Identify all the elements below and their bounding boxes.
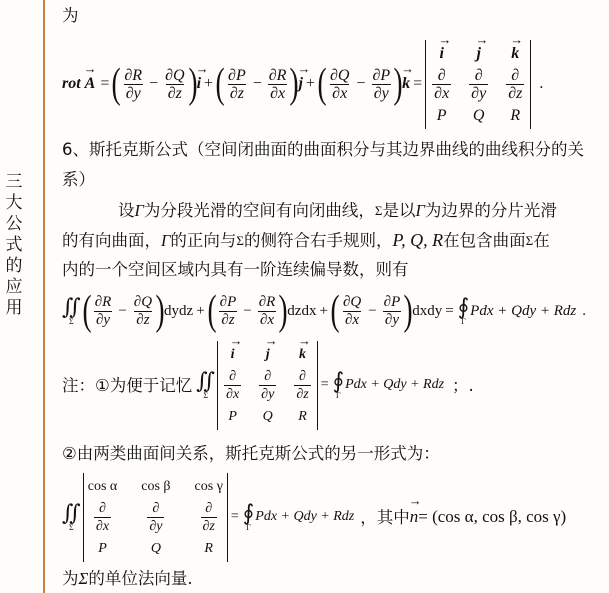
frac-num: ∂R bbox=[122, 67, 144, 84]
note-1-determinant: i j k ∂∂x ∂∂y ∂∂z P Q R bbox=[217, 341, 318, 430]
text: 设 bbox=[118, 195, 135, 226]
det-cell: j bbox=[476, 40, 480, 67]
curl-determinant: i j k ∂∂x ∂∂y ∂∂z P Q R bbox=[425, 40, 531, 129]
sidebar-title-char: 式 bbox=[4, 235, 24, 256]
differential: dydz bbox=[164, 303, 193, 320]
sidebar-title: 三 大 公 式 的 应 用 bbox=[4, 172, 24, 319]
frac-num: ∂Q bbox=[163, 67, 186, 84]
pqr-symbols: P, Q, R bbox=[392, 225, 443, 256]
sidebar-title-char: 三 bbox=[4, 172, 24, 193]
section-heading: 6、斯托克斯公式（空间闭曲面的曲面积分与其边界曲线的曲线积分的关 bbox=[62, 134, 584, 165]
frac-den: ∂z bbox=[166, 84, 184, 102]
rhs-expression: Pdx + Qdy + Rdz bbox=[255, 509, 354, 525]
text: 的有向曲面， bbox=[62, 225, 161, 256]
sigma-symbol: Σ bbox=[526, 225, 534, 256]
sidebar-title-char: 大 bbox=[4, 193, 24, 214]
text: 是以 bbox=[382, 195, 415, 226]
double-integral-icon: ∬Σ bbox=[62, 502, 81, 532]
period: . bbox=[582, 303, 586, 320]
det-cell: i bbox=[439, 40, 443, 67]
det-cell: R bbox=[510, 102, 520, 129]
frac-num: ∂P bbox=[226, 67, 248, 84]
sidebar-rule bbox=[43, 0, 45, 593]
gamma-symbol: Γ bbox=[415, 195, 424, 226]
rhs-expression: Pdx + Qdy + Rdz bbox=[470, 303, 576, 320]
frac-den: ∂x bbox=[268, 84, 287, 102]
frac-num: ∂R bbox=[267, 67, 289, 84]
sidebar-title-char: 公 bbox=[4, 214, 24, 235]
gamma-symbol: Γ bbox=[161, 225, 170, 256]
det-cell: k bbox=[511, 40, 519, 67]
text: 的侧符合右手规则， bbox=[244, 225, 393, 256]
note-2: ②由两类曲面间关系，斯托克斯公式的另一形式为： bbox=[62, 438, 440, 469]
gamma-symbol: Γ bbox=[135, 195, 144, 226]
section-heading-cont: 系） bbox=[62, 164, 95, 195]
contour-integral-icon: ∮Γ bbox=[243, 502, 254, 532]
intro-text: 为 bbox=[62, 0, 79, 31]
frac-den: ∂z bbox=[228, 84, 246, 102]
frac-den: ∂y bbox=[372, 84, 391, 102]
text: 为边界的分片光滑 bbox=[425, 195, 557, 226]
text: 在包含曲面 bbox=[443, 225, 526, 256]
text: 为分段光滑的空间有向闭曲线， bbox=[144, 195, 375, 226]
frac-num: ∂Q bbox=[328, 67, 351, 84]
unit-vector-i: i bbox=[197, 75, 201, 93]
text: 的单位法向量. bbox=[88, 563, 192, 593]
sigma-symbol: Σ bbox=[79, 563, 89, 593]
period: . bbox=[539, 75, 543, 93]
sidebar-title-char: 的 bbox=[4, 256, 24, 277]
paragraph-line-1: 设 Γ 为分段光滑的空间有向闭曲线， Σ 是以 Γ 为边界的分片光滑 bbox=[118, 195, 557, 226]
rhs-expression: Pdx + Qdy + Rdz bbox=[345, 377, 444, 393]
sigma-symbol: Σ bbox=[236, 225, 244, 256]
det-cell: P bbox=[437, 102, 447, 129]
sidebar-title-char: 应 bbox=[4, 277, 24, 298]
unit-vector-j: j bbox=[298, 75, 302, 93]
double-integral-icon: ∬Σ bbox=[196, 370, 215, 400]
note-2-mid: ，其中 bbox=[360, 502, 410, 533]
note-2-determinant: cos α cos β cos γ ∂∂x ∂∂y ∂∂z P Q R bbox=[83, 473, 228, 562]
text: 的正向与 bbox=[170, 225, 236, 256]
contour-integral-icon: ∮Γ bbox=[458, 296, 469, 326]
heading-line-2: 系） bbox=[62, 164, 95, 195]
sidebar-title-char: 用 bbox=[4, 298, 24, 319]
double-integral-icon: ∬Σ bbox=[62, 296, 81, 326]
unit-vector-k: k bbox=[402, 75, 410, 93]
note-2-formula: ∬Σ cos α cos β cos γ ∂∂x ∂∂y ∂∂z P Q R =… bbox=[62, 472, 566, 562]
heading-line-1: 6、斯托克斯公式（空间闭曲面的曲面积分与其边界曲线的曲线积分的关 bbox=[62, 134, 584, 165]
contour-integral-icon: ∮Γ bbox=[333, 370, 344, 400]
differential: dxdy bbox=[412, 303, 442, 320]
sigma-symbol: Σ bbox=[375, 195, 383, 226]
det-cell: Q bbox=[473, 102, 485, 129]
frac-den: ∂y bbox=[124, 84, 143, 102]
frac-den: ∂x bbox=[330, 84, 349, 102]
curl-lhs: rot A bbox=[62, 75, 95, 93]
text: 为 bbox=[62, 563, 79, 593]
note-1-end: ；. bbox=[452, 370, 474, 401]
intro-line: 为 bbox=[62, 0, 79, 31]
normal-vector-n: n bbox=[410, 507, 419, 527]
curl-formula: rot A = ( ∂R∂y − ∂Q∂z ) i + ( ∂P∂z − ∂R∂… bbox=[62, 36, 543, 132]
note-1: 注：①为便于记忆 ∬Σ i j k ∂∂x ∂∂y ∂∂z P Q R = ∮Γ… bbox=[62, 340, 474, 430]
normal-vector-def: = (cos α, cos β, cos γ) bbox=[418, 507, 566, 527]
differential: dzdx bbox=[287, 303, 316, 320]
paragraph-line-3: 内的一个空间区域内具有一阶连续偏导数，则有 bbox=[62, 254, 409, 285]
note-1-label: 注：①为便于记忆 bbox=[62, 370, 192, 401]
last-line: 为 Σ 的单位法向量. bbox=[62, 563, 193, 593]
frac-num: ∂P bbox=[370, 67, 392, 84]
text: 内的一个空间区域内具有一阶连续偏导数，则有 bbox=[62, 254, 409, 285]
stokes-formula: ∬Σ ( ∂R∂y − ∂Q∂z ) dydz + ( ∂P∂z − ∂R∂x … bbox=[62, 286, 586, 336]
paragraph-line-2: 的有向曲面， Γ 的正向与 Σ 的侧符合右手规则， P, Q, R 在包含曲面 … bbox=[62, 225, 550, 256]
note-2-text: ②由两类曲面间关系，斯托克斯公式的另一形式为： bbox=[62, 438, 440, 469]
text: 在 bbox=[533, 225, 550, 256]
